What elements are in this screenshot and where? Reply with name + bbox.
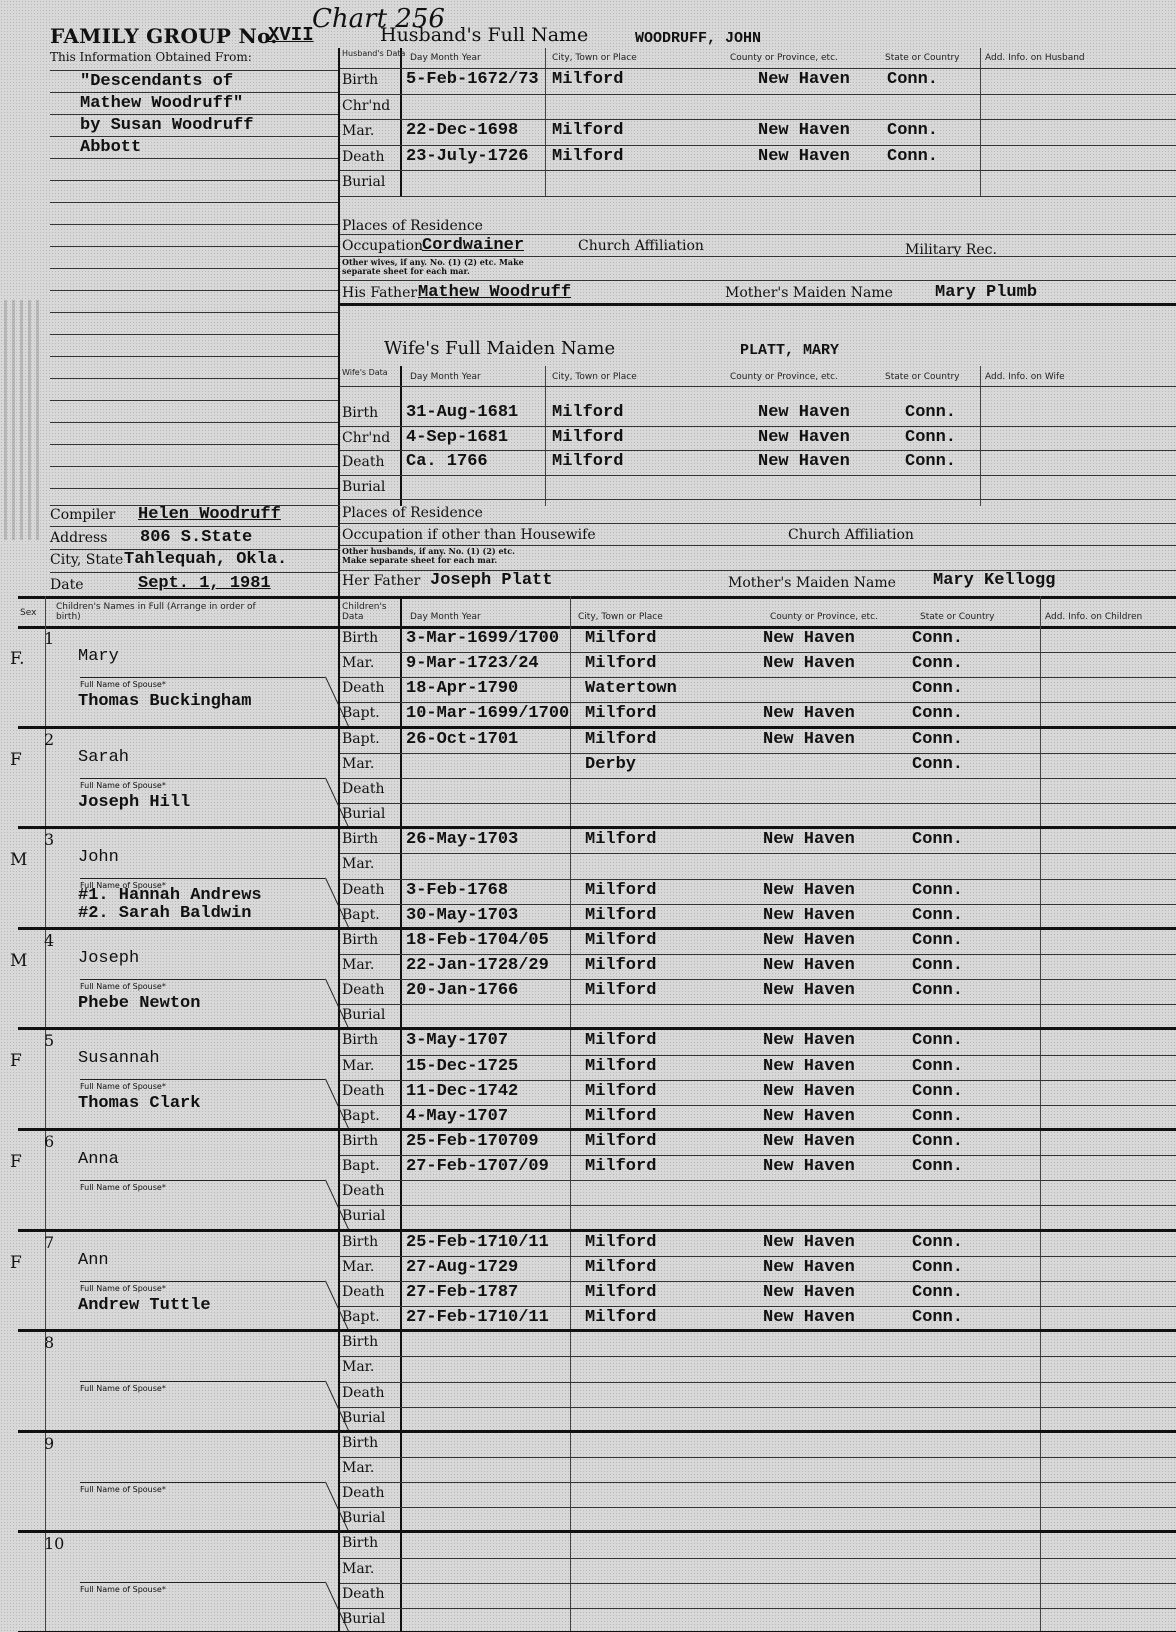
column-header: Day Month Year [410, 372, 481, 382]
column-header: County or Province, etc. [770, 612, 878, 622]
spouse-rule [80, 1180, 325, 1181]
event-date: 27-Aug-1729 [406, 1258, 518, 1277]
spouse-label: Full Name of Spouse* [80, 1485, 166, 1494]
city-state-label: City, State [50, 552, 123, 568]
child-sex: M [10, 951, 27, 971]
event-place: Milford [585, 1107, 656, 1126]
spouse-name: Thomas Buckingham [78, 692, 251, 711]
rule [50, 158, 338, 159]
wife-name-label: Wife's Full Maiden Name [384, 338, 615, 359]
rule [340, 979, 1176, 980]
event-type-label: Mar. [342, 1259, 374, 1275]
event-date: 26-May-1703 [406, 830, 518, 849]
event-type-label: Birth [342, 1334, 378, 1350]
event-county: New Haven [763, 931, 855, 950]
event-county: New Haven [763, 1157, 855, 1176]
event-county: New Haven [763, 629, 855, 648]
event-type-label: Death [342, 1284, 385, 1300]
rule [338, 303, 1176, 306]
event-date: 3-May-1707 [406, 1031, 508, 1050]
rule [340, 904, 1176, 905]
event-date: 30-May-1703 [406, 906, 518, 925]
spouse-label: Full Name of Spouse* [80, 680, 166, 689]
event-date: 20-Jan-1766 [406, 981, 518, 1000]
event-place: Milford [585, 1057, 656, 1076]
event-place: Milford [585, 956, 656, 975]
husband-residence-label: Places of Residence [342, 218, 483, 234]
child-sex: F [10, 1152, 22, 1172]
form-title: FAMILY GROUP No. [50, 24, 278, 48]
event-type-label: Birth [342, 72, 378, 88]
margin-vertical-notes [4, 300, 44, 540]
event-state: Conn. [912, 1258, 963, 1277]
rule [50, 334, 338, 335]
event-type-label: Death [342, 982, 385, 998]
rule [50, 312, 338, 313]
event-type-label: Death [342, 454, 385, 470]
child-number: 7 [44, 1233, 54, 1252]
rule [50, 572, 340, 573]
her-mother: Mary Kellogg [933, 571, 1055, 590]
child-name: Sarah [78, 748, 129, 767]
child-divider [18, 1128, 1176, 1131]
event-date: 4-May-1707 [406, 1107, 508, 1126]
child-name: Ann [78, 1251, 109, 1270]
event-county: New Haven [763, 1258, 855, 1277]
rule [340, 1382, 1176, 1383]
source-line: Abbott [80, 138, 141, 157]
event-date: 22-Jan-1728/29 [406, 956, 549, 975]
event-type-label: Death [342, 1385, 385, 1401]
divider-sex-col [45, 596, 46, 1632]
event-date: 27-Feb-1707/09 [406, 1157, 549, 1176]
event-state: Conn. [912, 629, 963, 648]
rule [50, 92, 338, 93]
child-number: 5 [44, 1031, 54, 1050]
event-place: Watertown [585, 679, 677, 698]
column-header: Add. Info. on Wife [985, 372, 1065, 382]
event-place: Milford [585, 1082, 656, 1101]
event-state: Conn. [912, 1308, 963, 1327]
husband-name: WOODRUFF, JOHN [635, 30, 761, 47]
event-county: New Haven [763, 654, 855, 673]
husband-occupation-label: Occupation [342, 238, 423, 254]
rule [50, 488, 338, 489]
other-wives-note: Other wives, if any. No. (1) (2) etc. Ma… [342, 258, 542, 276]
rule [50, 422, 338, 423]
rule [340, 1256, 1176, 1257]
event-type-label: Death [342, 882, 385, 898]
her-father: Joseph Platt [430, 571, 552, 590]
event-date: 9-Mar-1723/24 [406, 654, 539, 673]
spouse-name: Andrew Tuttle [78, 1296, 211, 1315]
event-type-label: Birth [342, 405, 378, 421]
address-label: Address [50, 530, 107, 546]
event-type-label: Birth [342, 1234, 378, 1250]
event-type-label: Death [342, 680, 385, 696]
event-type-label: Mar. [342, 1359, 374, 1375]
his-father-label: His Father [342, 285, 417, 301]
rule [340, 68, 1176, 69]
event-type-label: Death [342, 781, 385, 797]
event-state: Conn. [912, 755, 963, 774]
rule [340, 853, 1176, 854]
husband-data-label: Husband's Data [342, 50, 405, 58]
rule [340, 234, 1176, 235]
event-date: Ca. 1766 [406, 452, 488, 471]
rule [340, 170, 1176, 171]
wife-occupation-label: Occupation if other than Housewife [342, 527, 596, 543]
child-sex: M [10, 850, 27, 870]
rule [340, 753, 1176, 754]
compiler-address: 806 S.State [140, 528, 252, 547]
rule [340, 803, 1176, 804]
event-place: Milford [585, 730, 656, 749]
rule [340, 1180, 1176, 1181]
event-date: 18-Apr-1790 [406, 679, 518, 698]
event-state: Conn. [905, 428, 956, 447]
event-date: 26-Oct-1701 [406, 730, 518, 749]
event-county: New Haven [763, 1283, 855, 1302]
event-county: New Haven [763, 906, 855, 925]
column-header: Day Month Year [410, 53, 481, 63]
child-number: 2 [44, 730, 54, 749]
event-place: Milford [552, 428, 623, 447]
spouse-name: Thomas Clark [78, 1094, 200, 1113]
event-place: Derby [585, 755, 636, 774]
rule [50, 202, 338, 203]
spouse-label: Full Name of Spouse* [80, 1384, 166, 1393]
event-place: Milford [585, 704, 656, 723]
event-type-label: Mar. [342, 655, 374, 671]
spouse-rule [80, 1381, 325, 1382]
event-place: Milford [552, 70, 623, 89]
rule [340, 1004, 1176, 1005]
rule [50, 246, 338, 247]
child-number: 10 [44, 1534, 64, 1553]
event-date: 22-Dec-1698 [406, 121, 518, 140]
rule [340, 1583, 1176, 1584]
child-number: 8 [44, 1333, 54, 1352]
child-sex: F [10, 1051, 22, 1071]
divider-place-col [545, 366, 546, 506]
rule [340, 1155, 1176, 1156]
event-state: Conn. [912, 1082, 963, 1101]
event-date: 23-July-1726 [406, 147, 528, 166]
rule [340, 1055, 1176, 1056]
rule [340, 1205, 1176, 1206]
event-county: New Haven [763, 981, 855, 1000]
event-type-label: Mar. [342, 1058, 374, 1074]
event-state: Conn. [912, 1107, 963, 1126]
event-place: Milford [552, 121, 623, 140]
event-date: 10-Mar-1699/1700 [406, 704, 569, 723]
spouse-label: Full Name of Spouse* [80, 1082, 166, 1091]
rule [340, 450, 1176, 451]
event-county: New Haven [763, 830, 855, 849]
spouse-rule [80, 1281, 325, 1282]
event-type-label: Death [342, 1083, 385, 1099]
rule [340, 879, 1176, 880]
event-place: Milford [585, 1308, 656, 1327]
rule [340, 778, 1176, 779]
spouse-name: #1. Hannah Andrews [78, 886, 262, 905]
wife-name: PLATT, MARY [740, 342, 839, 359]
event-state: Conn. [912, 1157, 963, 1176]
column-header: County or Province, etc. [730, 53, 838, 63]
event-state: Conn. [912, 981, 963, 1000]
compiler-name: Helen Woodruff [138, 505, 281, 524]
rule [340, 1407, 1176, 1408]
event-type-label: Bapt. [342, 1158, 380, 1174]
rule [340, 1457, 1176, 1458]
divider-place-col [545, 48, 546, 196]
husband-church-label: Church Affiliation [578, 238, 704, 254]
event-place: Milford [585, 1132, 656, 1151]
wife-residence-label: Places of Residence [342, 505, 483, 521]
rule [340, 1507, 1176, 1508]
rule [340, 1558, 1176, 1559]
event-state: Conn. [912, 1233, 963, 1252]
event-type-label: Birth [342, 1032, 378, 1048]
rule [340, 1306, 1176, 1307]
child-name: Mary [78, 647, 119, 666]
event-place: Milford [585, 881, 656, 900]
rule [18, 596, 1176, 599]
event-date: 18-Feb-1704/05 [406, 931, 549, 950]
spouse-rule [80, 1079, 325, 1080]
rule [340, 954, 1176, 955]
event-date: 27-Feb-1710/11 [406, 1308, 549, 1327]
child-divider [18, 726, 1176, 729]
spouse-label: Full Name of Spouse* [80, 1183, 166, 1192]
compiler-city: Tahlequah, Okla. [124, 550, 287, 569]
rule [340, 1482, 1176, 1483]
event-type-label: Burial [342, 479, 385, 495]
event-state: Conn. [887, 147, 938, 166]
rule [50, 444, 338, 445]
source-line: by Susan Woodruff [80, 116, 253, 135]
rule [340, 677, 1176, 678]
children-data-header: Children's Data [342, 602, 387, 622]
event-place: Milford [552, 452, 623, 471]
rule [50, 378, 338, 379]
spouse-name: Joseph Hill [78, 793, 190, 812]
event-county: New Haven [758, 403, 850, 422]
his-mother-label: Mother's Maiden Name [725, 285, 893, 301]
child-name: Susannah [78, 1049, 160, 1068]
spouse-rule [80, 677, 325, 678]
event-state: Conn. [912, 1057, 963, 1076]
event-county: New Haven [763, 1308, 855, 1327]
child-number: 6 [44, 1132, 54, 1151]
column-header: State or Country [885, 53, 960, 63]
rule [50, 268, 338, 269]
event-place: Milford [585, 1031, 656, 1050]
event-state: Conn. [912, 956, 963, 975]
husband-name-label: Husband's Full Name [380, 24, 588, 46]
her-mother-label: Mother's Maiden Name [728, 575, 896, 591]
divider-vertical-main [338, 48, 340, 1632]
rule [340, 475, 1176, 476]
spouse-name-2: #2. Sarah Baldwin [78, 904, 251, 923]
column-header: City, Town or Place [578, 612, 663, 622]
event-type-label: Bapt. [342, 705, 380, 721]
child-name: John [78, 848, 119, 867]
event-state: Conn. [912, 881, 963, 900]
event-place: Milford [585, 906, 656, 925]
column-header: Day Month Year [410, 612, 481, 622]
event-type-label: Burial [342, 174, 385, 190]
event-type-label: Burial [342, 806, 385, 822]
rule [50, 114, 338, 115]
event-county: New Haven [758, 70, 850, 89]
wife-church-label: Church Affiliation [788, 527, 914, 543]
sex-header: Sex [20, 608, 36, 618]
event-type-label: Mar. [342, 1460, 374, 1476]
event-county: New Haven [763, 1082, 855, 1101]
event-type-label: Mar. [342, 1561, 374, 1577]
event-type-label: Birth [342, 932, 378, 948]
his-father: Mathew Woodruff [418, 283, 571, 302]
column-header: City, Town or Place [552, 372, 637, 382]
event-place: Milford [552, 403, 623, 422]
child-number: 1 [44, 629, 54, 648]
rule [50, 400, 338, 401]
child-number: 9 [44, 1434, 54, 1453]
rule [340, 145, 1176, 146]
divider-date-col [400, 366, 402, 506]
rule [340, 196, 1176, 197]
event-county: New Haven [758, 121, 850, 140]
event-type-label: Mar. [342, 957, 374, 973]
child-sex: F. [10, 649, 25, 669]
event-state: Conn. [905, 403, 956, 422]
event-type-label: Burial [342, 1007, 385, 1023]
husband-occupation: Cordwainer [422, 236, 524, 255]
date-label: Date [50, 577, 83, 593]
child-sex: F [10, 1253, 22, 1273]
event-state: Conn. [912, 931, 963, 950]
event-state: Conn. [912, 730, 963, 749]
event-type-label: Birth [342, 831, 378, 847]
event-type-label: Bapt. [342, 1108, 380, 1124]
spouse-rule [80, 1482, 325, 1483]
child-number: 3 [44, 830, 54, 849]
event-type-label: Mar. [342, 123, 374, 139]
event-type-label: Death [342, 1485, 385, 1501]
event-state: Conn. [912, 704, 963, 723]
wife-data-label: Wife's Data [342, 369, 382, 377]
divider-date-col [400, 596, 402, 1632]
event-county: New Haven [763, 1057, 855, 1076]
spouse-rule [80, 1582, 325, 1583]
event-place: Milford [585, 1283, 656, 1302]
child-number: 4 [44, 931, 54, 950]
event-place: Milford [585, 654, 656, 673]
event-date: 3-Feb-1768 [406, 881, 508, 900]
rule [340, 523, 1176, 524]
event-date: 5-Feb-1672/73 [406, 70, 539, 89]
event-type-label: Birth [342, 1535, 378, 1551]
event-state: Conn. [912, 1031, 963, 1050]
event-date: 25-Feb-170709 [406, 1132, 539, 1151]
event-county: New Haven [763, 1132, 855, 1151]
event-type-label: Burial [342, 1208, 385, 1224]
event-type-label: Burial [342, 1510, 385, 1526]
rule [340, 1281, 1176, 1282]
event-county: New Haven [758, 452, 850, 471]
event-county: New Haven [763, 704, 855, 723]
rule [50, 356, 338, 357]
group-number: XVII [268, 24, 314, 46]
rule [50, 70, 338, 71]
rule [50, 290, 338, 291]
child-divider [18, 927, 1176, 930]
spouse-rule [80, 979, 325, 980]
event-date: 15-Dec-1725 [406, 1057, 518, 1076]
divider-addinfo-col [980, 48, 981, 196]
column-header: City, Town or Place [552, 53, 637, 63]
spouse-rule [80, 778, 325, 779]
rule [50, 224, 338, 225]
child-divider [18, 1530, 1176, 1533]
event-date: 27-Feb-1787 [406, 1283, 518, 1302]
event-place: Milford [585, 1258, 656, 1277]
event-type-label: Bapt. [342, 1309, 380, 1325]
event-date: 3-Mar-1699/1700 [406, 629, 559, 648]
event-place: Milford [585, 830, 656, 849]
event-type-label: Chr'nd [342, 430, 390, 446]
event-type-label: Death [342, 149, 385, 165]
rule [340, 94, 1176, 95]
spouse-label: Full Name of Spouse* [80, 982, 166, 991]
event-type-label: Mar. [342, 756, 374, 772]
rule [340, 1080, 1176, 1081]
compiler-label: Compiler [50, 507, 115, 523]
event-date: 11-Dec-1742 [406, 1082, 518, 1101]
compiler-date: Sept. 1, 1981 [138, 574, 271, 593]
spouse-rule [80, 878, 325, 879]
rule [340, 702, 1176, 703]
child-divider [18, 1229, 1176, 1232]
source-label: This Information Obtained From: [50, 50, 252, 64]
spouse-label: Full Name of Spouse* [80, 781, 166, 790]
event-type-label: Birth [342, 1133, 378, 1149]
column-header: State or Country [885, 372, 960, 382]
event-place: Milford [585, 981, 656, 1000]
event-state: Conn. [887, 70, 938, 89]
column-header: State or Country [920, 612, 995, 622]
event-county: New Haven [763, 1233, 855, 1252]
event-state: Conn. [887, 121, 938, 140]
divider-place-col [570, 596, 571, 1632]
source-line: Mathew Woodruff" [80, 94, 243, 113]
event-state: Conn. [912, 654, 963, 673]
event-date: 31-Aug-1681 [406, 403, 518, 422]
event-state: Conn. [912, 1283, 963, 1302]
event-type-label: Death [342, 1183, 385, 1199]
children-names-header: Children's Names in Full (Arrange in ord… [56, 602, 256, 622]
rule [340, 119, 1176, 120]
event-county: New Haven [763, 1031, 855, 1050]
event-state: Conn. [912, 1132, 963, 1151]
event-type-label: Death [342, 1586, 385, 1602]
child-divider [18, 1430, 1176, 1433]
rule [50, 136, 338, 137]
rule [340, 1356, 1176, 1357]
column-header: Add. Info. on Children [1045, 612, 1142, 622]
